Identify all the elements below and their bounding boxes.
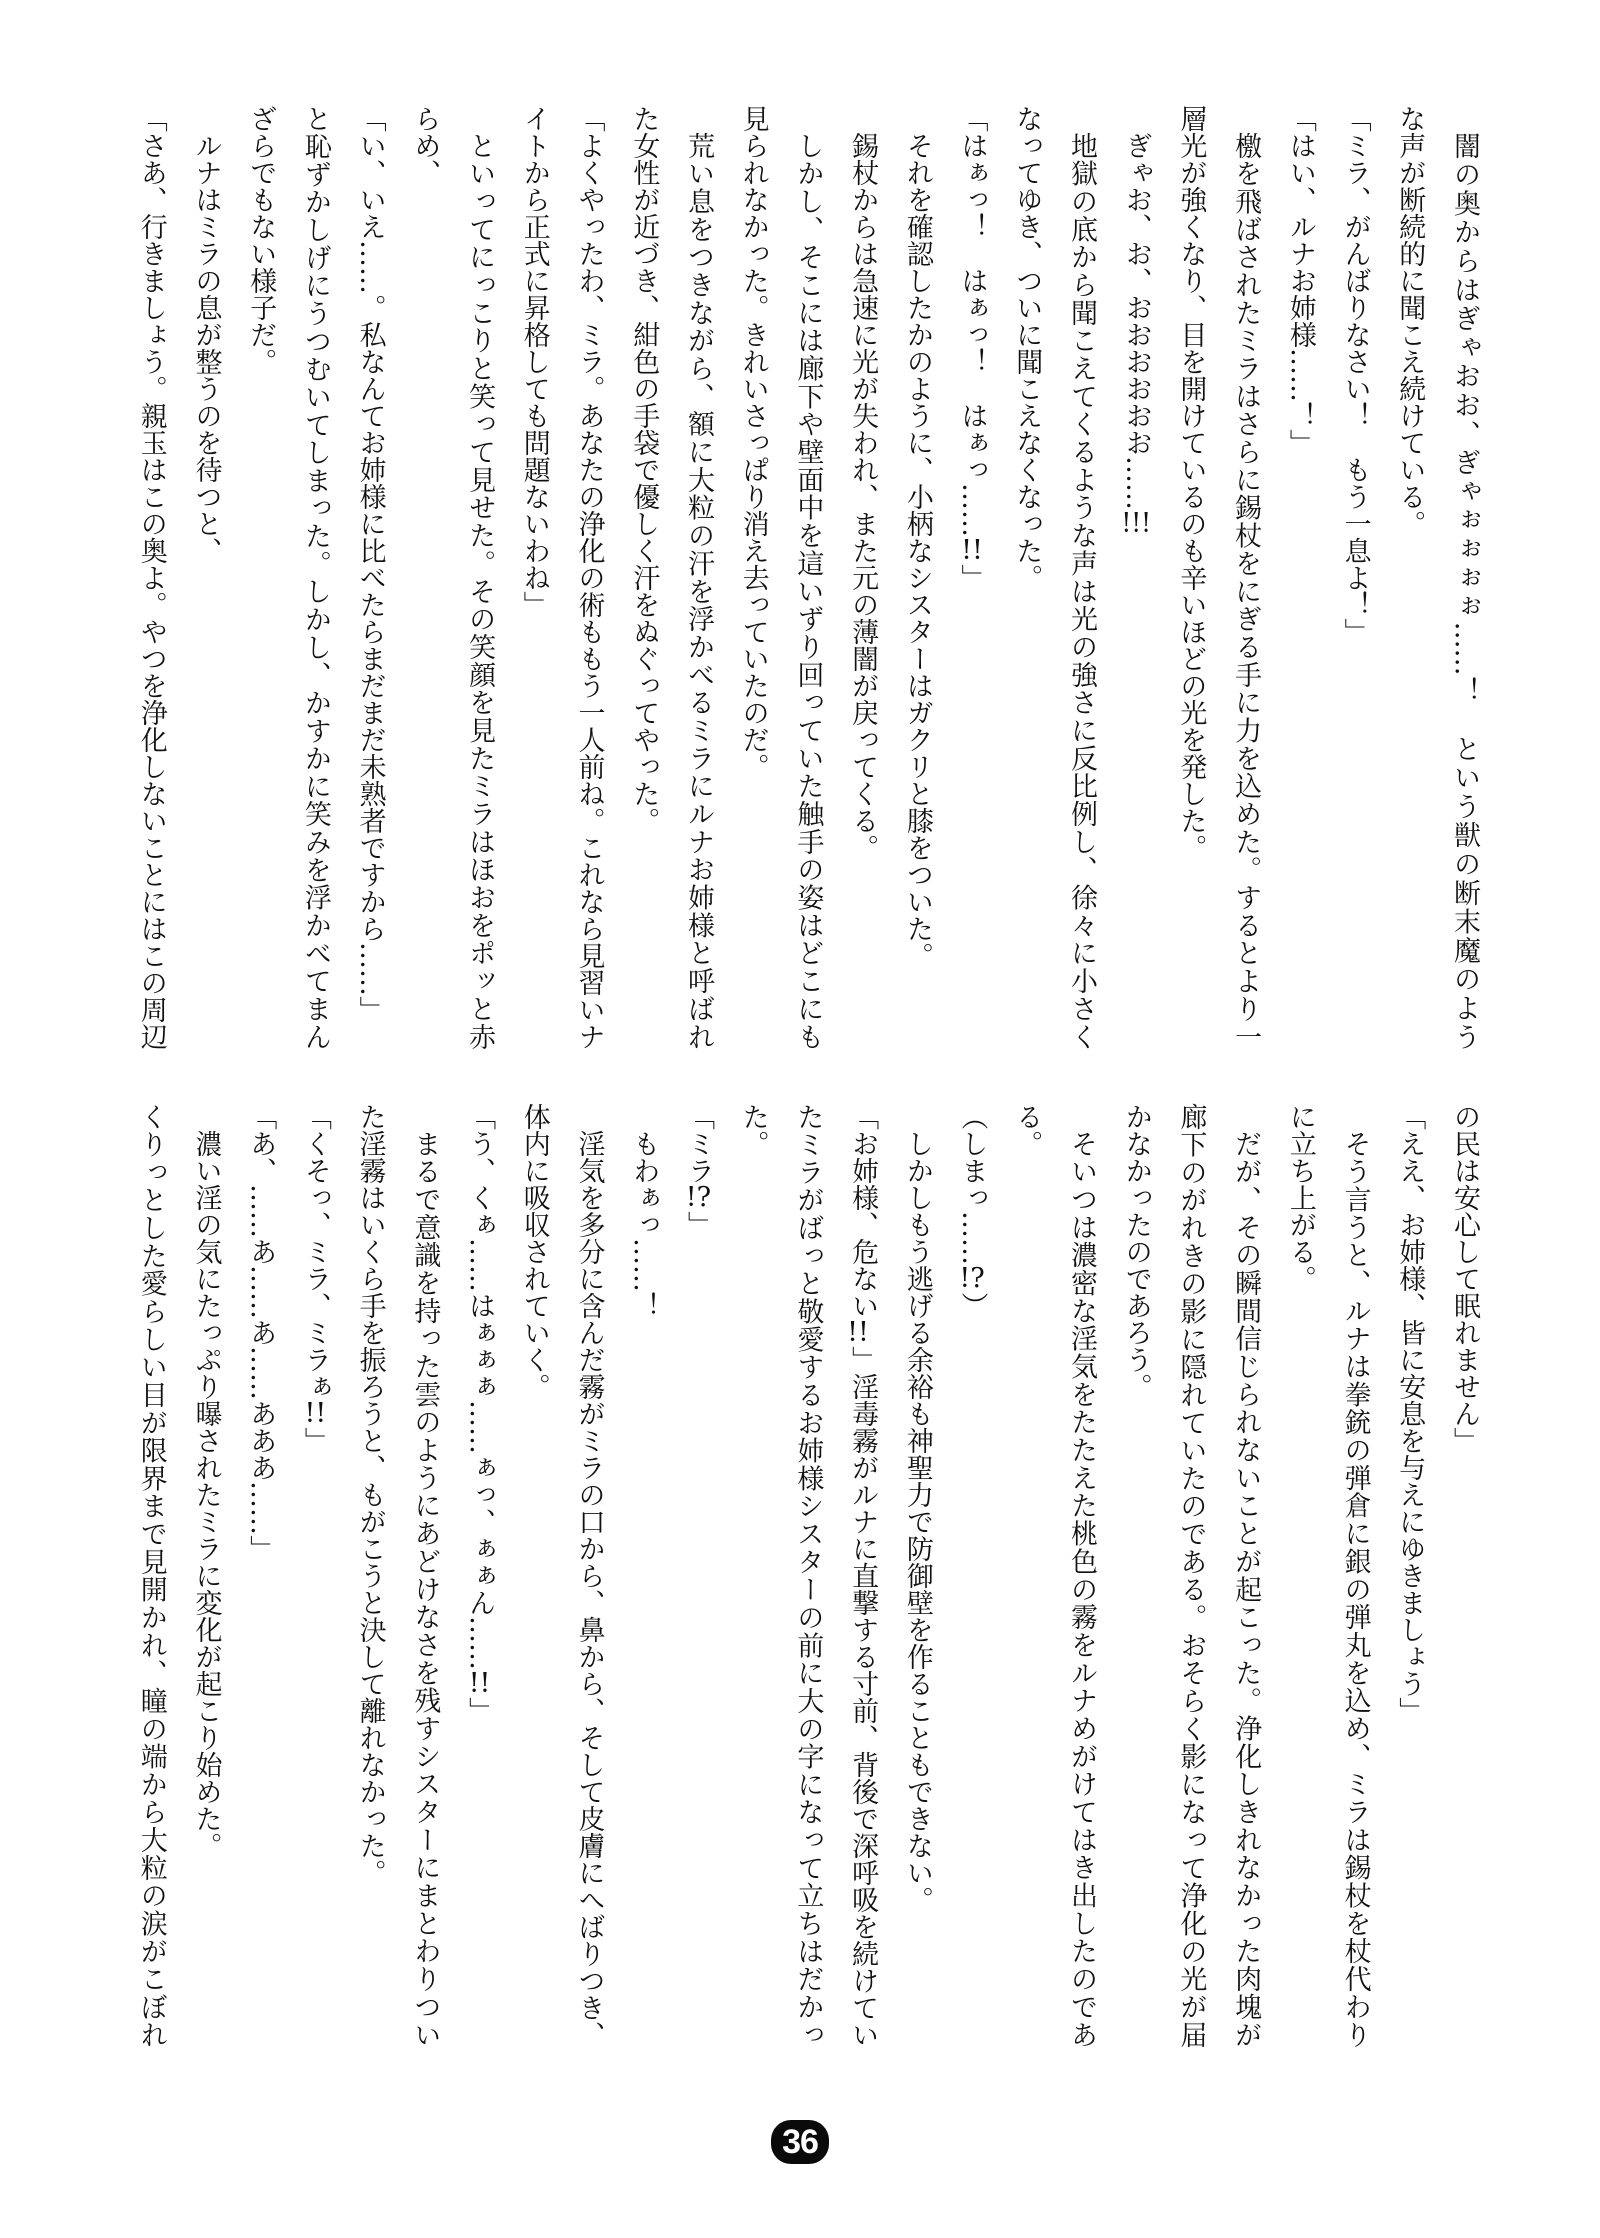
text-column: な声が断続的に聞こえ続けている。 xyxy=(1382,105,1437,1050)
text-column: （しまっ……!?） xyxy=(944,1103,999,2048)
text-column: 淫気を多分に含んだ霧がミラの口から、鼻から、そして皮膚にへばりつき、 xyxy=(561,1103,616,2048)
text-column: 「あ、……あ……あ……あああ……」 xyxy=(232,1103,287,2048)
text-column: 「ええ、お姉様、皆に安息を与えにゆきましょう」 xyxy=(1382,1103,1437,2048)
text-column: た。 xyxy=(725,1103,780,2048)
text-column: しかしもう逃げる余裕も神聖力で防御壁を作ることもできない。 xyxy=(889,1103,944,2048)
text-column: 「はぁっ！ はぁっ！ はぁっ……!!」 xyxy=(944,105,999,1050)
text-column: ルナはミラの息が整うのを待つと、 xyxy=(178,105,233,1050)
text-column: た淫霧はいくら手を振ろうと、もがこうと決して離れなかった。 xyxy=(342,1103,397,2048)
text-column: 錫杖からは急速に光が失われ、また元の薄闇が戻ってくる。 xyxy=(834,105,889,1050)
text-column: そいつは濃密な淫気をたたえた桃色の霧をルナめがけてはき出したのであ xyxy=(1053,1103,1108,2048)
text-column: 檄を飛ばされたミラはさらに錫杖をにぎる手に力を込めた。するとより一 xyxy=(1217,105,1272,1050)
text-column: 体内に吸収されていく。 xyxy=(506,1103,561,2048)
text-column: 濃い淫の気にたっぷり曝されたミラに変化が起こり始めた。 xyxy=(178,1103,233,2048)
text-column: 地獄の底から聞こえてくるような声は光の強さに反比例し、徐々に小さく xyxy=(1053,105,1108,1050)
text-column: らめ、 xyxy=(397,105,452,1050)
text-column: た女性が近づき、紺色の手袋で優しく汗をぬぐってやった。 xyxy=(616,105,671,1050)
text-column: ぎゃお、お、おおおおおお……!!! xyxy=(1108,105,1163,1050)
text-column: だが、その瞬間信じられないことが起こった。浄化しきれなかった肉塊が xyxy=(1217,1103,1272,2048)
text-block-upper: 闇の奥からはぎゃおお、ぎゃぉぉぉぉ……！ という獣の断末魔のよう な声が断続的に… xyxy=(123,105,1491,1050)
text-column: 「う、くぁ……はぁぁぁ……ぁっ、ぁぁん……!!」 xyxy=(451,1103,506,2048)
text-column: イトから正式に昇格しても問題ないわね」 xyxy=(506,105,561,1050)
text-column: 層光が強くなり、目を開けているのも辛いほどの光を発した。 xyxy=(1163,105,1218,1050)
text-column: る。 xyxy=(999,1103,1054,2048)
text-column: かなかったのであろう。 xyxy=(1108,1103,1163,2048)
text-column: くりっとした愛らしい目が限界まで見開かれ、瞳の端から大粒の涙がこぼれ xyxy=(123,1103,178,2048)
text-column: 「お姉様、危ない!!」淫毒霧がルナに直撃する寸前、背後で深呼吸を続けてい xyxy=(834,1103,889,2048)
text-column: 「ミラ!?」 xyxy=(670,1103,725,2048)
text-column: もわぁっ……！ xyxy=(616,1103,671,2048)
text-column: 「くそっ、ミラ、ミラぁ!!」 xyxy=(287,1103,342,2048)
text-column: 「さあ、行きましょう。親玉はこの奥よ。やつを浄化しないことにはこの周辺 xyxy=(123,105,178,1050)
text-column: 廊下のがれきの影に隠れていたのである。おそらく影になって浄化の光が届 xyxy=(1163,1103,1218,2048)
text-column: そう言うと、ルナは拳銃の弾倉に銀の弾丸を込め、ミラは錫杖を杖代わり xyxy=(1327,1103,1382,2048)
text-column: 闇の奥からはぎゃおお、ぎゃぉぉぉぉ……！ という獣の断末魔のよう xyxy=(1436,105,1491,1050)
text-column: まるで意識を持った雲のようにあどけなさを残すシスターにまとわりつい xyxy=(397,1103,452,2048)
page-number: 36 xyxy=(771,2120,829,2164)
text-column: 「はい、ルナお姉様……！」 xyxy=(1272,105,1327,1050)
text-column: の民は安心して眠れません」 xyxy=(1436,1103,1491,2048)
text-column: といってにっこりと笑って見せた。その笑顔を見たミラはほおをポッと赤 xyxy=(451,105,506,1050)
text-column: なってゆき、ついに聞こえなくなった。 xyxy=(999,105,1054,1050)
text-column: 「よくやったわ、ミラ。あなたの浄化の術ももう一人前ね。これなら見習いナ xyxy=(561,105,616,1050)
text-column: しかし、そこには廊下や壁面中を這いずり回っていた触手の姿はどこにも xyxy=(780,105,835,1050)
text-column: と恥ずかしげにうつむいてしまった。しかし、かすかに笑みを浮かべてまん xyxy=(287,105,342,1050)
text-column: 見られなかった。きれいさっぱり消え去っていたのだ。 xyxy=(725,105,780,1050)
text-column: たミラがばっと敬愛するお姉様シスターの前に大の字になって立ちはだかっ xyxy=(780,1103,835,2048)
text-block-lower: の民は安心して眠れません」 「ええ、お姉様、皆に安息を与えにゆきましょう」 そう… xyxy=(123,1103,1491,2048)
text-column: 荒い息をつきながら、額に大粒の汗を浮かべるミラにルナお姉様と呼ばれ xyxy=(670,105,725,1050)
text-column: それを確認したかのように、小柄なシスターはガクリと膝をついた。 xyxy=(889,105,944,1050)
text-column: 「い、いえ……。私なんてお姉様に比べたらまだまだ未熟者ですから……」 xyxy=(342,105,397,1050)
text-column: 「ミラ、がんばりなさい！ もう一息よ！」 xyxy=(1327,105,1382,1050)
text-column: に立ち上がる。 xyxy=(1272,1103,1327,2048)
text-column: ざらでもない様子だ。 xyxy=(232,105,287,1050)
